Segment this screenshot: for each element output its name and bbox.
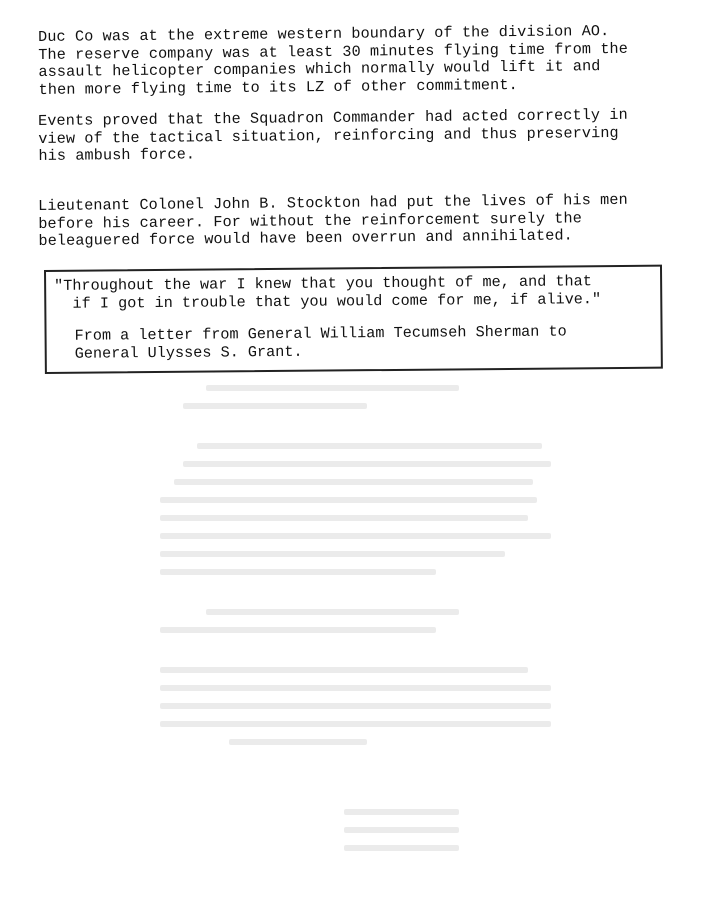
attribution-line: General Ulysses S. Grant. xyxy=(75,341,567,363)
bleed-through-texture xyxy=(160,385,620,855)
paragraph-duc-co: Duc Co was at the extreme western bounda… xyxy=(38,22,671,99)
paragraph-stockton: Lieutenant Colonel John B. Stockton had … xyxy=(38,191,671,250)
quote-attribution: From a letter from General William Tecum… xyxy=(75,323,567,362)
quote-box: "Throughout the war I knew that you thou… xyxy=(44,265,663,374)
quote-line: if I got in trouble that you would come … xyxy=(54,291,601,313)
sherman-quote: "Throughout the war I knew that you thou… xyxy=(54,273,601,313)
paragraph-events-proved: Events proved that the Squadron Commande… xyxy=(38,106,671,165)
